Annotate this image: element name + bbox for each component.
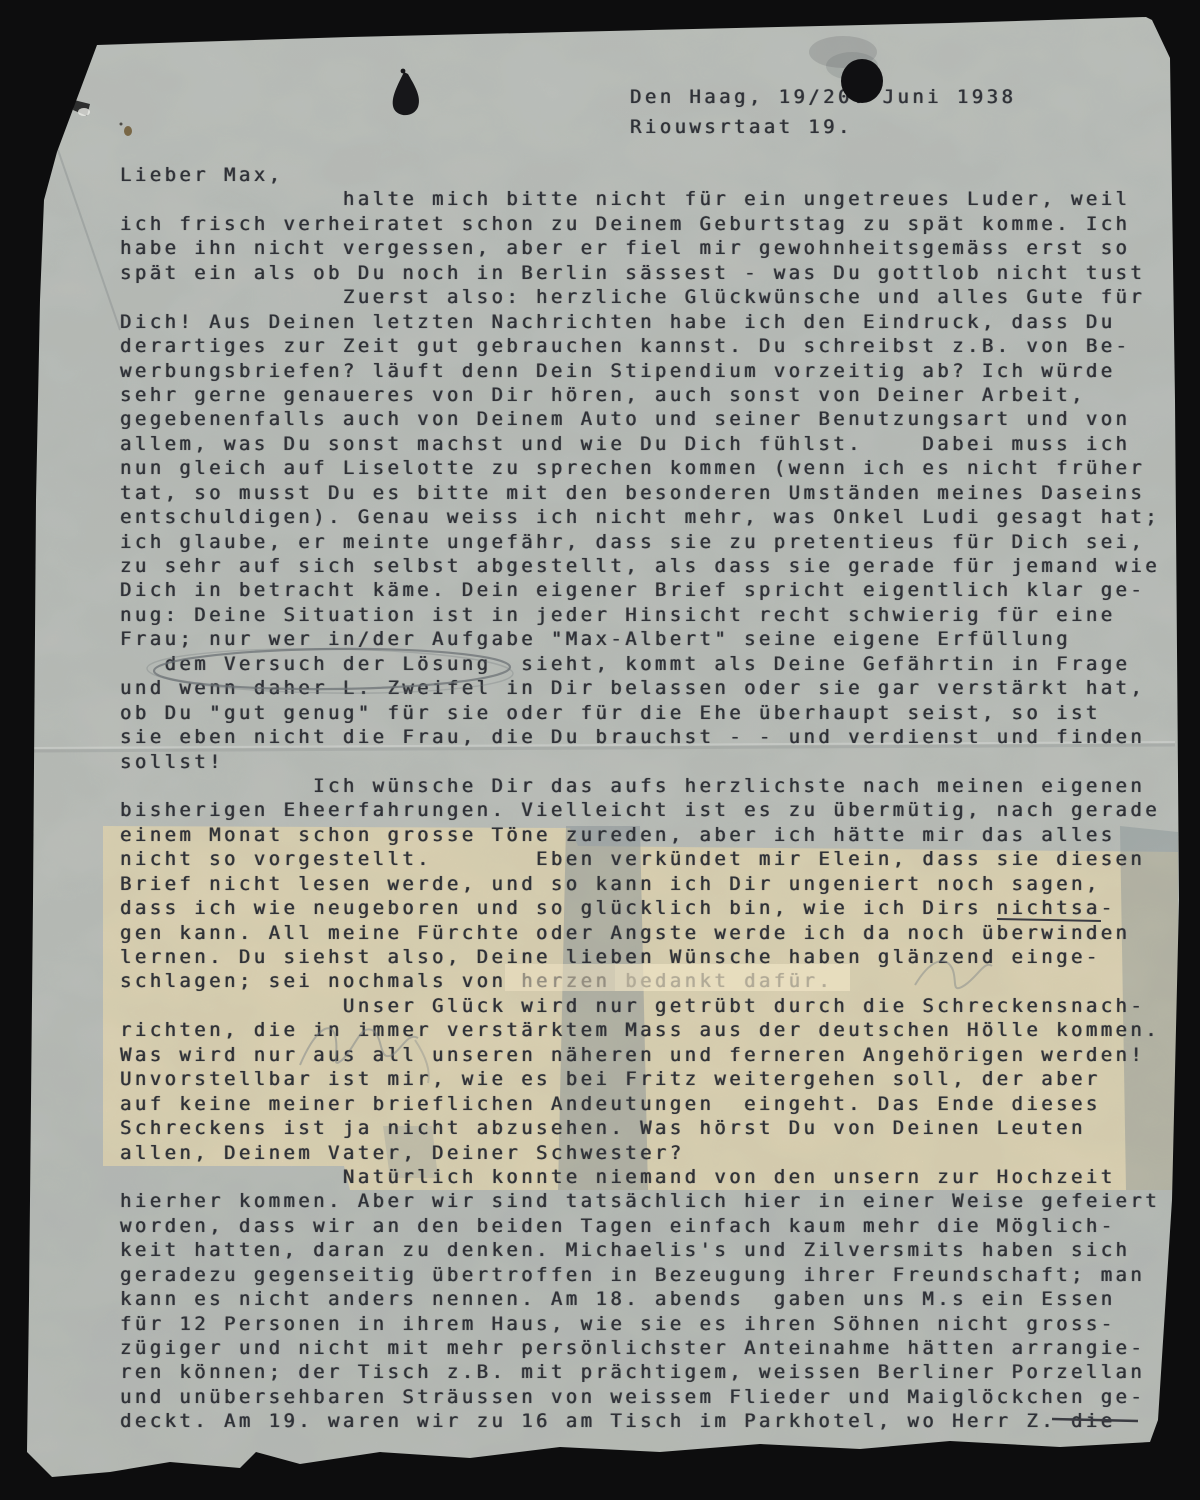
letter-line: dass ich wie neugeboren und so glücklich…	[120, 896, 1160, 920]
letter-line: schlagen; sei nochmals von herzen bedank…	[120, 969, 1160, 993]
letter-line: Zuerst also: herzliche Glückwünsche und …	[120, 285, 1160, 309]
letter-line: nun gleich auf Liselotte zu sprechen kom…	[120, 456, 1160, 480]
letter-line: Natürlich konnte niemand von den unsern …	[120, 1165, 1160, 1189]
letter-line: Brief nicht lesen werde, und so kann ich…	[120, 872, 1160, 896]
letter-line: allem, was Du sonst machst und wie Du Di…	[120, 432, 1160, 456]
letter-line: richten, die in immer verstärktem Mass a…	[120, 1018, 1160, 1042]
letter-page: Den Haag, 19/20. Juni 1938 Riouwsrtaat 1…	[0, 0, 1200, 1500]
letter-line: ich frisch verheiratet schon zu Deinem G…	[120, 212, 1160, 236]
letter-line: auf keine meiner brieflichen Andeutungen…	[120, 1092, 1160, 1116]
letter-line: geradezu gegenseitig übertroffen in Beze…	[120, 1263, 1160, 1287]
letter-line: Unvorstellbar ist mir, wie es bei Fritz …	[120, 1067, 1160, 1091]
typed-text: Den Haag, 19/20. Juni 1938 Riouwsrtaat 1…	[0, 0, 1200, 1500]
letter-body: Lieber Max, halte mich bitte nicht für e…	[120, 163, 1160, 1434]
letter-line: ob Du "gut genug" für sie oder für die E…	[120, 701, 1160, 725]
letter-line: Was wird nur aus all unseren näheren und…	[120, 1043, 1160, 1067]
letter-line: einem Monat schon grosse Töne zureden, a…	[120, 823, 1160, 847]
letter-line: für 12 Personen in ihrem Haus, wie sie e…	[120, 1312, 1160, 1336]
letter-line: deckt. Am 19. waren wir zu 16 am Tisch i…	[120, 1409, 1160, 1433]
letter-address: Riouwsrtaat 19.	[630, 112, 1016, 142]
letter-line: habe ihn nicht vergessen, aber er fiel m…	[120, 236, 1160, 260]
letter-line: Schreckens ist ja nicht abzusehen. Was h…	[120, 1116, 1160, 1140]
letter-line: dem Versuch der Lösung sieht, kommt als …	[120, 652, 1160, 676]
letter-line: bisherigen Eheerfahrungen. Vielleicht is…	[120, 798, 1160, 822]
letter-line: und unübersehbaren Sträussen von weissem…	[120, 1385, 1160, 1409]
letter-line: lernen. Du siehst also, Deine lieben Wün…	[120, 945, 1160, 969]
letter-line: tat, so musst Du es bitte mit den besond…	[120, 481, 1160, 505]
letter-line: nicht so vorgestellt. Eben verkündet mir…	[120, 847, 1160, 871]
letter-line: Unser Glück wird nur getrübt durch die S…	[120, 994, 1160, 1018]
letter-line: Dich in betracht käme. Dein eigener Brie…	[120, 578, 1160, 602]
letter-line: gegebenenfalls auch von Deinem Auto und …	[120, 407, 1160, 431]
letter-line: sie eben nicht die Frau, die Du brauchst…	[120, 725, 1160, 749]
letter-date: Den Haag, 19/20. Juni 1938	[630, 82, 1016, 112]
letter-line: und wenn daher L. Zweifel in Dir belasse…	[120, 676, 1160, 700]
letter-line: derartiges zur Zeit gut gebrauchen kanns…	[120, 334, 1160, 358]
letter-line: kann es nicht anders nennen. Am 18. aben…	[120, 1287, 1160, 1311]
letter-line: allen, Deinem Vater, Deiner Schwester?	[120, 1141, 1160, 1165]
letter-line: Frau; nur wer in/der Aufgabe "Max-Albert…	[120, 627, 1160, 651]
letter-line: worden, dass wir an den beiden Tagen ein…	[120, 1214, 1160, 1238]
letter-line: Ich wünsche Dir das aufs herzlichste nac…	[120, 774, 1160, 798]
letter-line: spät ein als ob Du noch in Berlin sässes…	[120, 261, 1160, 285]
letter-line: ich glaube, er meinte ungefähr, dass sie…	[120, 530, 1160, 554]
letter-header: Den Haag, 19/20. Juni 1938 Riouwsrtaat 1…	[630, 82, 1016, 142]
scanned-letter: Den Haag, 19/20. Juni 1938 Riouwsrtaat 1…	[0, 0, 1200, 1500]
letter-line: zügiger und nicht mit mehr persönlichste…	[120, 1336, 1160, 1360]
letter-line: sehr gerne genaueres von Dir hören, auch…	[120, 383, 1160, 407]
letter-line: Dich! Aus Deinen letzten Nachrichten hab…	[120, 310, 1160, 334]
letter-line: ren können; der Tisch z.B. mit prächtige…	[120, 1360, 1160, 1384]
letter-line: sollst!	[120, 750, 1160, 774]
letter-line: hierher kommen. Aber wir sind tatsächlic…	[120, 1189, 1160, 1213]
letter-line: entschuldigen). Genau weiss ich nicht me…	[120, 505, 1160, 529]
letter-line: nug: Deine Situation ist in jeder Hinsic…	[120, 603, 1160, 627]
letter-line: werbungsbriefen? läuft denn Dein Stipend…	[120, 359, 1160, 383]
letter-line: halte mich bitte nicht für ein ungetreue…	[120, 187, 1160, 211]
letter-line: keit hatten, daran zu denken. Michaelis'…	[120, 1238, 1160, 1262]
letter-line: gen kann. All meine Fürchte oder Angste …	[120, 921, 1160, 945]
letter-line: zu sehr auf sich selbst abgestellt, als …	[120, 554, 1160, 578]
letter-line: Lieber Max,	[120, 163, 1160, 187]
